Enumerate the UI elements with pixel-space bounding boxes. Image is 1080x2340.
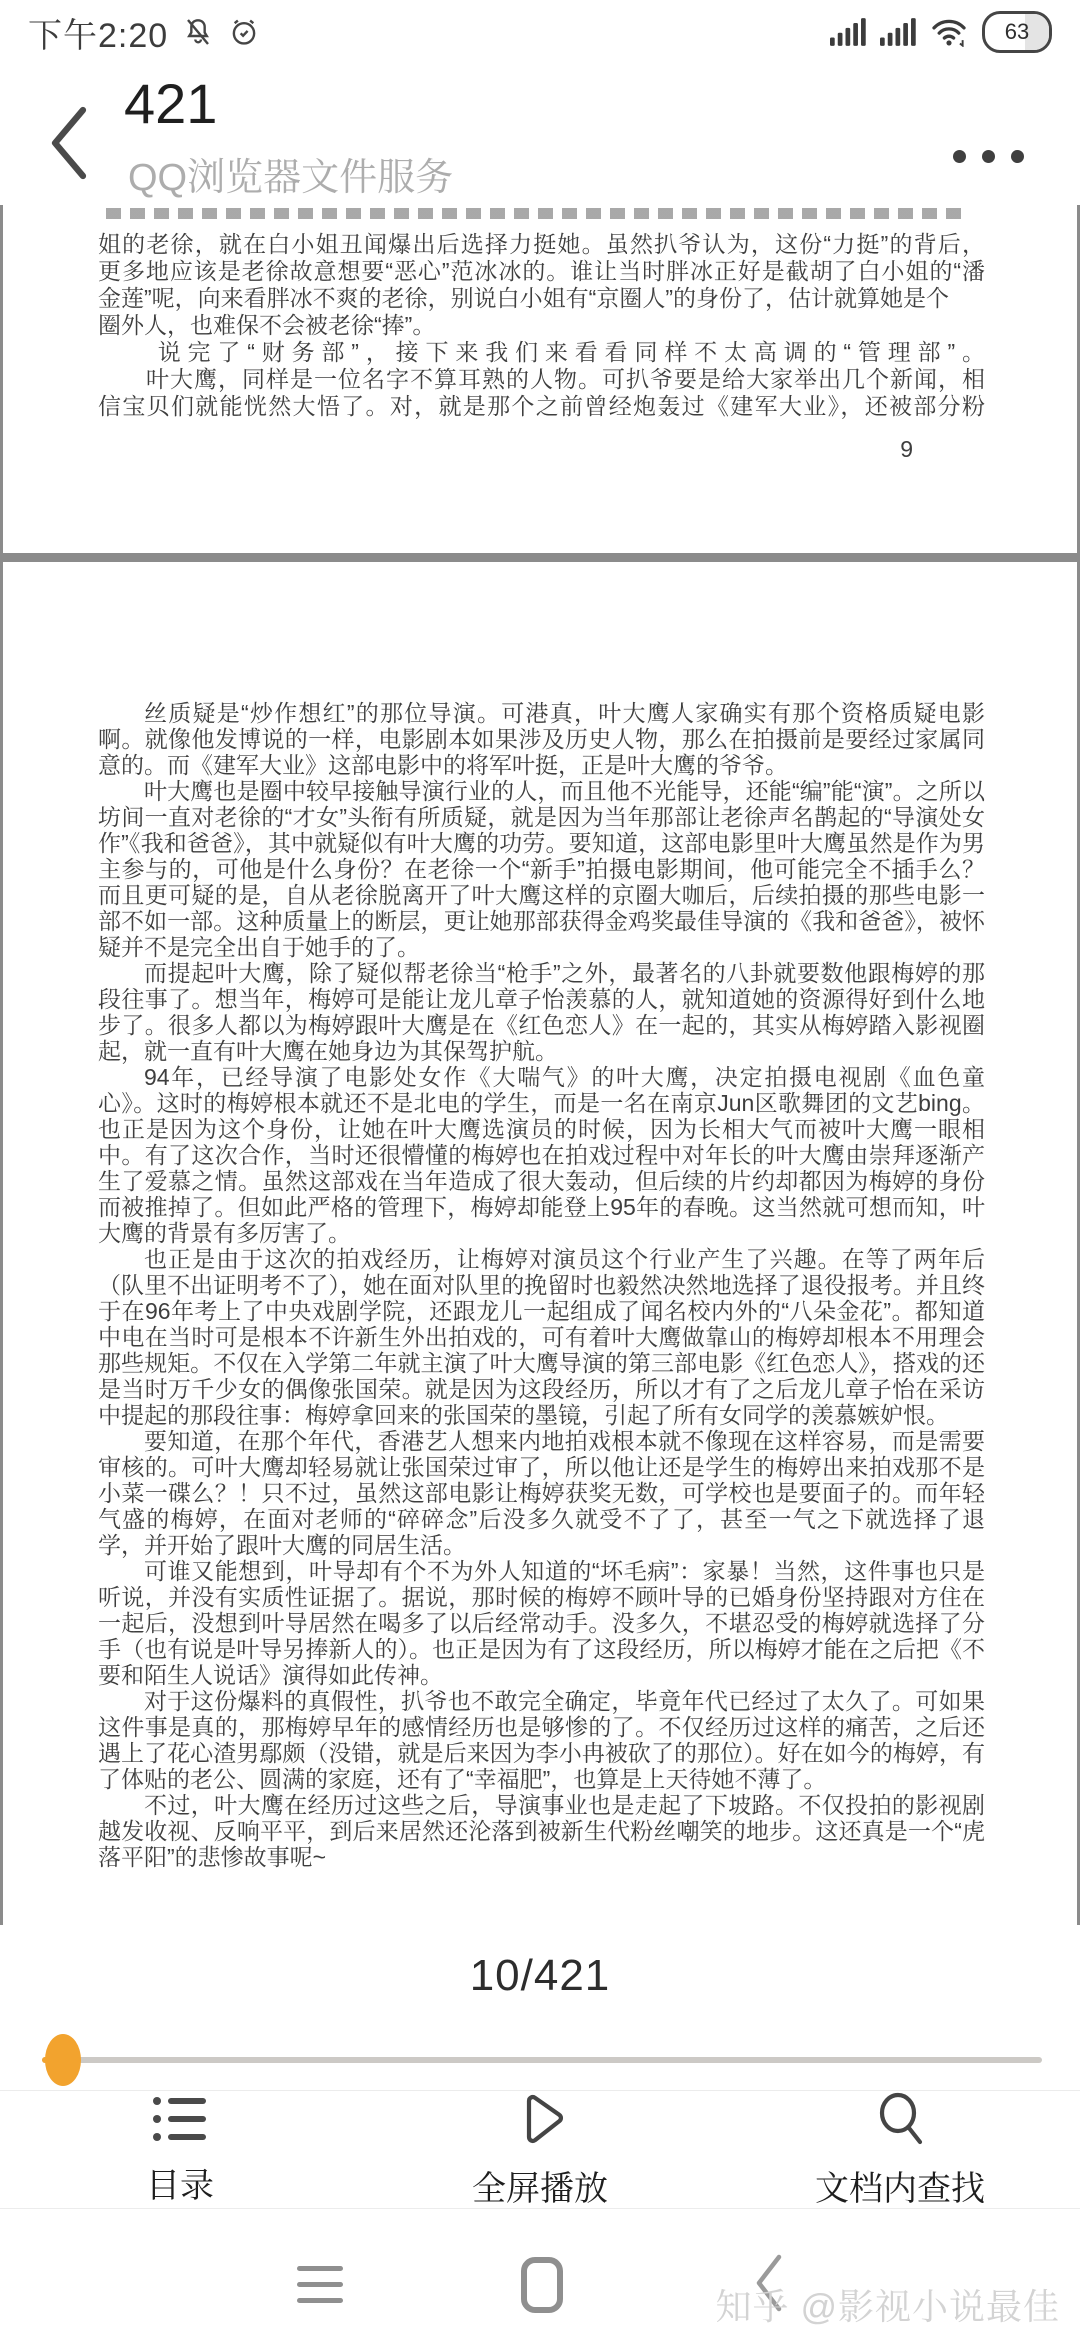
slider-track[interactable] <box>42 2057 1042 2063</box>
document-page-10: 丝质疑是“炒作想红”的那位导演。可港真，叶大鹰人家确实有那个资格质疑电影啊。就像… <box>3 562 1077 1925</box>
status-bar: 下午2:20 63 <box>0 0 1080 64</box>
find-in-document-button[interactable]: 文档内查找 <box>720 2091 1080 2208</box>
text-line: 说完了“财务部”，接下来我们来看看同样不太高调的“管理部”。 <box>98 339 985 366</box>
clipped-text-line <box>106 208 969 219</box>
wifi-icon <box>930 17 968 47</box>
play-icon <box>512 2090 568 2153</box>
slider-thumb[interactable] <box>45 2034 81 2086</box>
page-9-text: 姐的老徐，就在白小姐丑闻爆出后选择力挺她。虽然扒爷认为，这份“力挺”的背后，更多… <box>98 231 985 420</box>
paragraph: 而提起叶大鹰，除了疑似帮老徐当“枪手”之外，最著名的八卦就要数他跟梅婷的那段往事… <box>98 960 985 1064</box>
paragraph: 不过，叶大鹰在经历过这些之后，导演事业也是走起了下坡路。不仅投拍的影视剧越发收视… <box>98 1792 985 1870</box>
document-page-9: 姐的老徐，就在白小姐丑闻爆出后选择力挺她。虽然扒爷认为，这份“力挺”的背后，更多… <box>3 205 1077 553</box>
page-number-label: 9 <box>98 436 985 463</box>
paragraph: 要知道，在那个年代，香港艺人想来内地拍戏根本就不像现在这样容易，而是需要审核的。… <box>98 1428 985 1558</box>
text-line: 更多地应该是老徐故意想要“恶心”范冰冰的。谁让当时胖冰正好是截胡了白小姐的“潘 <box>98 258 985 285</box>
clock-time: 下午2:20 <box>28 8 168 57</box>
text-line: 圈外人，也难保不会被老徐“捧”。 <box>98 312 985 339</box>
document-viewport[interactable]: 姐的老徐，就在白小姐丑闻爆出后选择力挺她。虽然扒爷认为，这份“力挺”的背后，更多… <box>0 205 1080 1925</box>
battery-percent: 63 <box>1005 19 1029 45</box>
paragraph: 叶大鹰也是圈中较早接触导演行业的人，而且他不光能导，还能“编”能“演”。之所以坊… <box>98 778 985 960</box>
document-title: 421 <box>124 72 217 136</box>
alarm-clock-icon <box>228 16 260 48</box>
zhihu-watermark: 知乎 @影视小说最佳 <box>715 2279 1060 2330</box>
page-slider[interactable] <box>42 2040 1042 2080</box>
toc-label: 目录 <box>146 2158 214 2207</box>
page-10-text: 丝质疑是“炒作想红”的那位导演。可港真，叶大鹰人家确实有那个资格质疑电影啊。就像… <box>98 700 985 1870</box>
text-line: 姐的老徐，就在白小姐丑闻爆出后选择力挺她。虽然扒爷认为，这份“力挺”的背后， <box>98 231 985 258</box>
toc-list-icon <box>151 2093 209 2150</box>
paragraph: 可谁又能想到，叶导却有个不为外人知道的“坏毛病”：家暴！当然，这件事也只是听说，… <box>98 1558 985 1688</box>
page-indicator: 10/421 <box>0 1925 1080 2001</box>
more-menu-button[interactable] <box>953 136 1024 176</box>
toc-button[interactable]: 目录 <box>0 2091 360 2208</box>
text-line: 叶大鹰，同样是一位名字不算耳熟的人物。可扒爷要是给大家举出几个新闻，相 <box>98 366 985 393</box>
battery-icon: 63 <box>982 11 1052 53</box>
fullscreen-play-button[interactable]: 全屏播放 <box>360 2091 720 2208</box>
paragraph: 对于这份爆料的真假性，扒爷也不敢完全确定，毕竟年代已经过了太久了。可如果这件事是… <box>98 1688 985 1792</box>
document-source-subtitle: QQ浏览器文件服务 <box>128 146 453 201</box>
pager-panel: 10/421 <box>0 1925 1080 2090</box>
text-line: 金莲”呢，向来看胖冰不爽的老徐，别说白小姐有“京圈人”的身份了，估计就算她是个 <box>98 285 985 312</box>
signal-sim2-icon <box>880 18 916 46</box>
paragraph: 也正是由于这次的拍戏经历，让梅婷对演员这个行业产生了兴趣。在等了两年后（队里不出… <box>98 1246 985 1428</box>
recents-nav-button[interactable] <box>292 2257 348 2313</box>
home-nav-button[interactable] <box>514 2257 570 2313</box>
signal-sim1-icon <box>830 18 866 46</box>
paragraph: 丝质疑是“炒作想红”的那位导演。可港真，叶大鹰人家确实有那个资格质疑电影啊。就像… <box>98 700 985 778</box>
fullscreen-play-label: 全屏播放 <box>472 2161 608 2210</box>
back-button[interactable] <box>34 98 104 188</box>
search-icon <box>872 2090 928 2153</box>
find-in-document-label: 文档内查找 <box>815 2161 985 2210</box>
mute-bell-icon <box>182 16 214 48</box>
phone-screen: 下午2:20 63 <box>0 0 1080 2340</box>
paragraph: 94年，已经导演了电影处女作《大喘气》的叶大鹰，决定拍摄电视剧《血色童心》。这时… <box>98 1064 985 1246</box>
reader-toolbar: 目录 全屏播放 文档内查找 <box>0 2090 1080 2209</box>
text-line: 信宝贝们就能恍然大悟了。对，就是那个之前曾经炮轰过《建军大业》，还被部分粉 <box>98 393 985 420</box>
app-header: 421 QQ浏览器文件服务 <box>0 64 1080 205</box>
system-nav-bar: 知乎 @影视小说最佳 <box>0 2209 1080 2340</box>
